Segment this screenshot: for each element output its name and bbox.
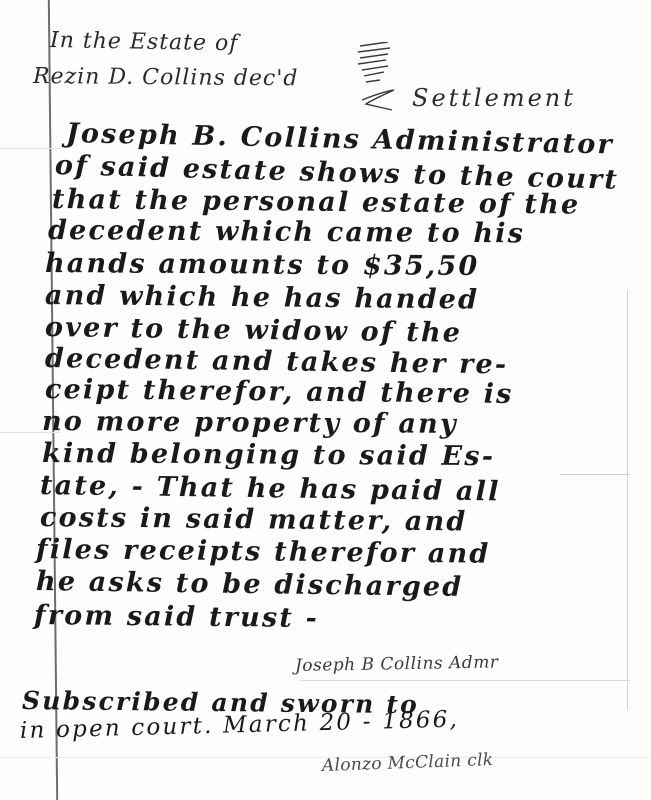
- paper-crease: [627, 290, 628, 710]
- body-line-5: hands amounts to $35,50: [45, 248, 480, 282]
- faint-ruled-line: [300, 680, 630, 681]
- body-line-4: decedent which came to his: [48, 215, 525, 249]
- faint-ruled-line: [0, 148, 60, 149]
- body-line-10: no more property of any: [42, 406, 458, 440]
- body-line-14: files receipts therefor and: [36, 534, 491, 570]
- heading-settlement: Settlement: [412, 84, 576, 112]
- clerk-signature: Alonzo McClain clk: [322, 750, 494, 776]
- body-line-11: kind belonging to said Es-: [42, 438, 495, 472]
- heading-estate-of: In the Estate of: [50, 28, 239, 56]
- administrator-signature: Joseph B Collins Admr: [295, 652, 499, 676]
- body-line-6: and which he has handed: [45, 280, 480, 316]
- body-line-16: from said trust -: [34, 600, 319, 634]
- faint-ruled-line: [560, 474, 630, 475]
- document-page: In the Estate of Rezin D. Collins dec'd …: [0, 0, 651, 800]
- docket-flourish-icon: [352, 42, 402, 112]
- body-line-13: costs in said matter, and: [40, 502, 468, 537]
- heading-decedent-name: Rezin D. Collins dec'd: [33, 64, 299, 91]
- body-line-15: he asks to be discharged: [36, 566, 464, 603]
- body-line-9: ceipt therefor, and there is: [45, 374, 514, 410]
